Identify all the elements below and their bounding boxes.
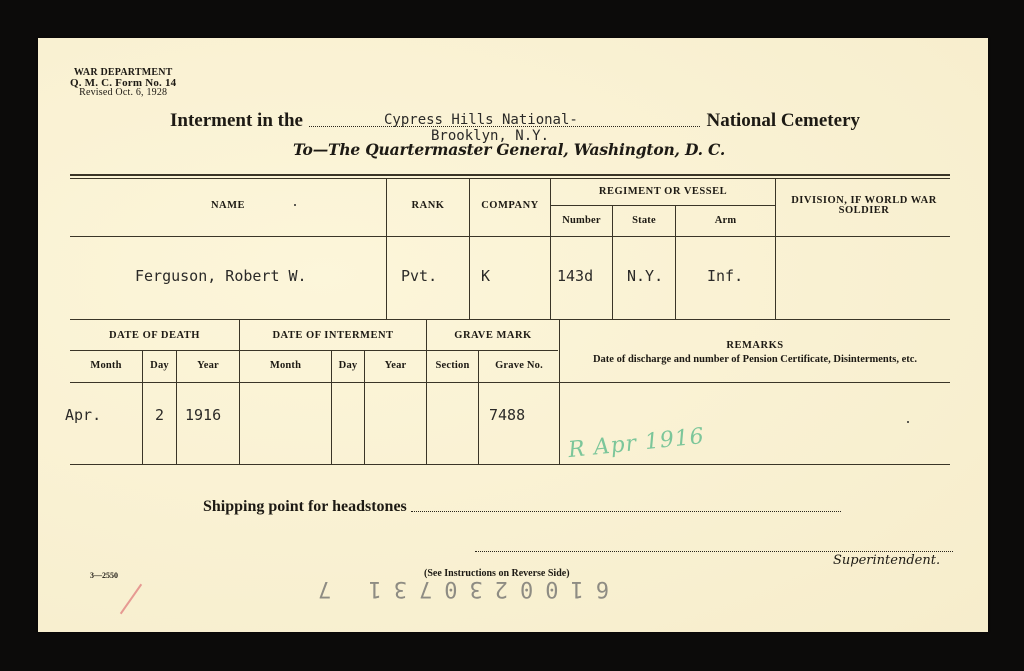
table1-bottom-rule — [70, 319, 950, 320]
header-grave-no: Grave No. — [479, 360, 559, 371]
header-interment-day: Day — [332, 360, 364, 371]
header-interment-month: Month — [240, 360, 331, 371]
death-year-value: 1916 — [185, 406, 221, 424]
superintendent-label: Superintendent. — [833, 553, 940, 568]
name-value: Ferguson, Robert W. — [135, 267, 307, 285]
col-divider — [426, 320, 427, 464]
header-interment-year: Year — [365, 360, 426, 371]
remarks-subheader: Date of discharge and number of Pension … — [560, 354, 950, 365]
table2-header-rule — [70, 382, 950, 383]
table1-top-rule — [70, 174, 950, 176]
header-name: NAME — [70, 200, 386, 211]
table1-header-rule — [70, 236, 950, 237]
title-suffix: National Cemetery — [706, 110, 860, 132]
arm-value: Inf. — [707, 267, 743, 285]
table2-bottom-rule — [70, 464, 950, 465]
form-header: WAR DEPARTMENT Q. M. C. Form No. 14 Revi… — [70, 68, 176, 98]
shipping-point-line: Shipping point for headstones — [203, 498, 841, 516]
stray-dot — [294, 204, 296, 206]
stamped-serial-number: 6100230731 7 — [306, 576, 609, 601]
cemetery-field: Cypress Hills National- — [309, 108, 700, 127]
addressee-line: To—The Quartermaster General, Washington… — [293, 140, 725, 159]
interment-card: WAR DEPARTMENT Q. M. C. Form No. 14 Revi… — [38, 38, 988, 632]
header-division: DIVISION, IF WORLD WAR SOLDIER — [778, 196, 950, 216]
header-arm: Arm — [676, 215, 775, 226]
header-grave-mark: GRAVE MARK — [427, 330, 559, 341]
state-value: N.Y. — [627, 267, 663, 285]
rank-value: Pvt. — [401, 267, 437, 285]
col-divider — [550, 179, 551, 319]
header-section: Section — [427, 360, 478, 371]
shipping-point-label: Shipping point for headstones — [203, 498, 407, 516]
title-prefix: Interment in the — [170, 110, 303, 132]
header-remarks: REMARKS — [560, 340, 950, 351]
header-state: State — [613, 215, 675, 226]
stray-dot — [907, 421, 909, 423]
form-code: 3—2550 — [90, 571, 118, 580]
revised-date: Revised Oct. 6, 1928 — [70, 88, 176, 98]
header-date-of-interment: DATE OF INTERMENT — [240, 330, 426, 341]
handwritten-remark: R Apr 1916 — [567, 424, 706, 463]
table2-sub-rule-left — [70, 350, 558, 351]
cemetery-name: Cypress Hills National- — [384, 112, 578, 128]
death-month-value: Apr. — [65, 406, 101, 424]
header-number: Number — [551, 215, 612, 226]
table1-top-rule-2 — [70, 178, 950, 179]
header-rank: RANK — [387, 200, 469, 211]
regiment-sub-rule — [551, 205, 775, 206]
death-day-value: 2 — [155, 406, 164, 424]
header-regiment: REGIMENT OR VESSEL — [551, 186, 775, 197]
col-divider — [239, 320, 240, 464]
header-date-of-death: DATE OF DEATH — [70, 330, 239, 341]
header-death-month: Month — [70, 360, 142, 371]
signature-line — [475, 550, 953, 552]
header-death-year: Year — [177, 360, 239, 371]
header-company: COMPANY — [470, 200, 550, 211]
grave-no-value: 7488 — [489, 406, 525, 424]
shipping-point-field — [411, 510, 841, 512]
header-death-day: Day — [143, 360, 176, 371]
regiment-number-value: 143d — [557, 267, 593, 285]
company-value: K — [481, 267, 490, 285]
col-divider — [775, 179, 776, 319]
red-pencil-mark — [120, 584, 142, 615]
